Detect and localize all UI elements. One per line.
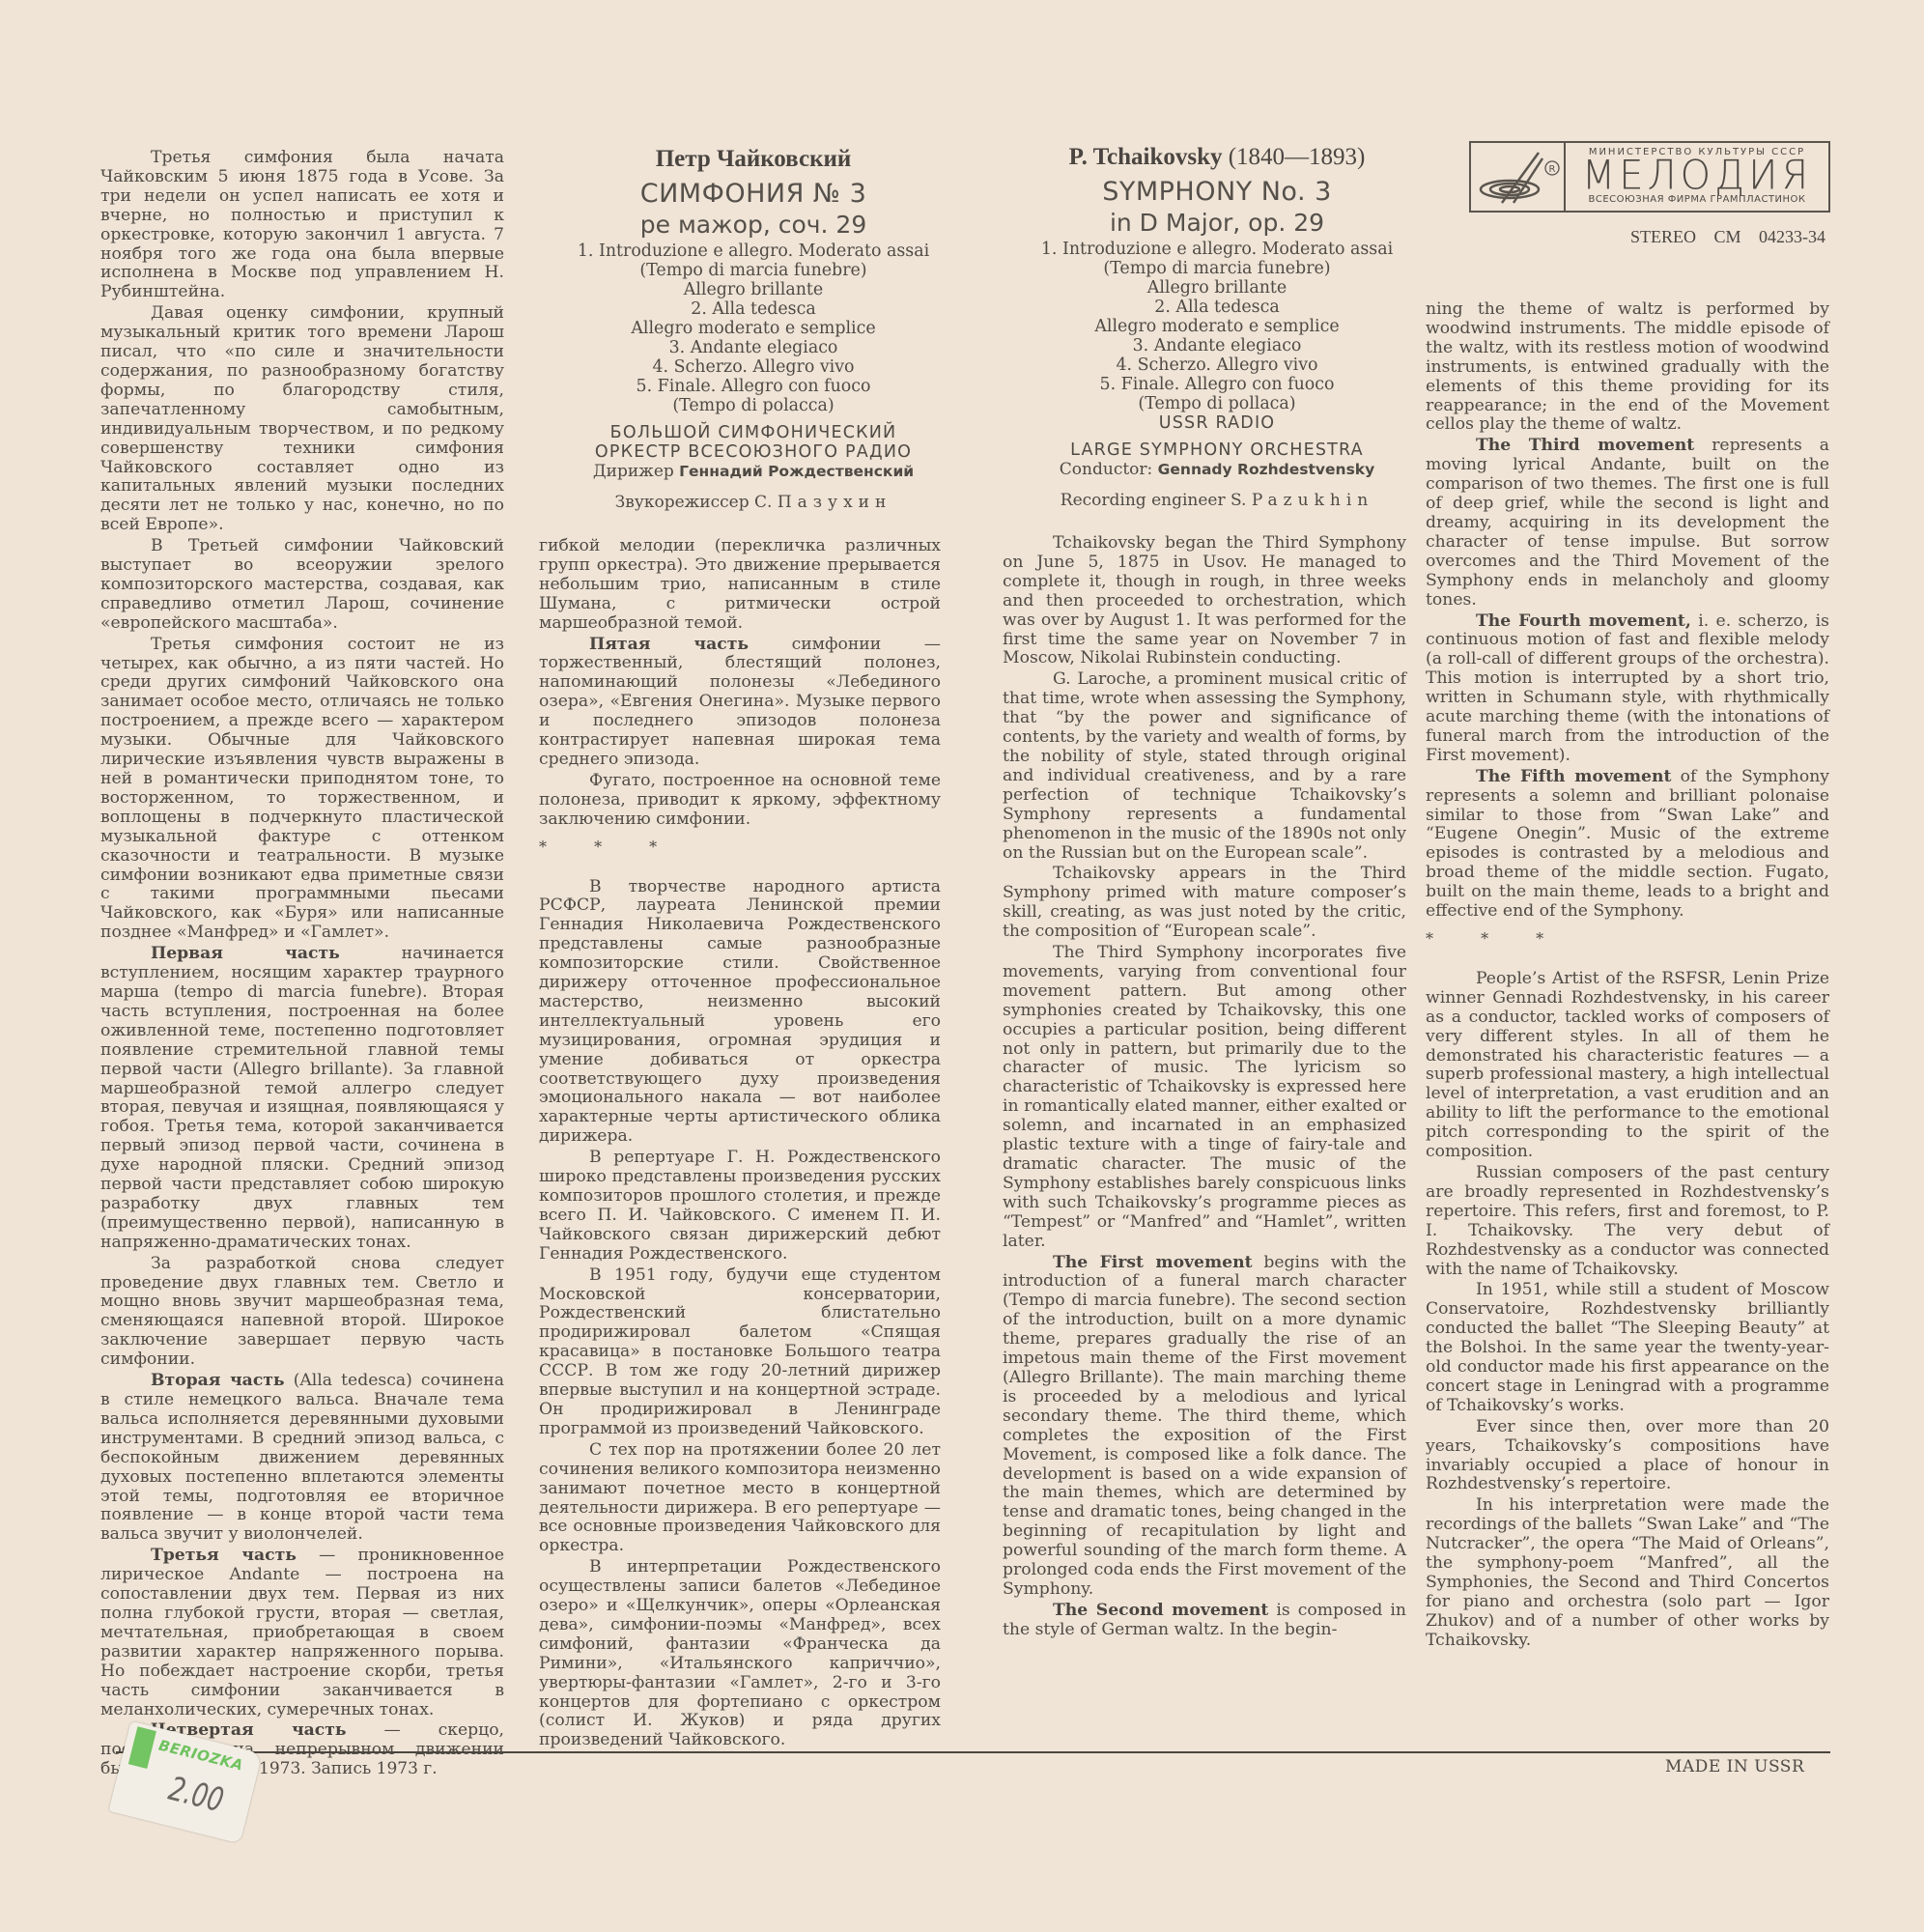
paragraph: За разработкой снова следует проведение … bbox=[100, 1255, 504, 1370]
movement-line: Allegro brillante bbox=[522, 280, 985, 299]
movement-line: (Tempo di pollaca) bbox=[985, 394, 1449, 413]
paragraph: Пятая часть симфонии — торжественный, бл… bbox=[539, 636, 941, 770]
movement-line: (Tempo di polacca) bbox=[522, 396, 985, 415]
paragraph: Russian composers of the past century ar… bbox=[1426, 1164, 1829, 1279]
paragraph-text: симфонии — торжественный, блестящий поло… bbox=[539, 635, 941, 769]
catalog-number: СМ 04233-34 bbox=[1713, 227, 1825, 246]
engineer-name: Pazukhin bbox=[1252, 491, 1373, 510]
symphony-title-ru: СИМФОНИЯ № 3 bbox=[522, 178, 985, 211]
russian-notes-column-2: гибкой мелодии (перекличка различных гру… bbox=[539, 537, 941, 1750]
english-header: P. Tchaikovsky (1840—1893) SYMPHONY No. … bbox=[985, 143, 1449, 510]
engineer-en: Recording engineer S. Pazukhin bbox=[985, 491, 1449, 510]
paragraph: The First movement begins with the intro… bbox=[1003, 1254, 1406, 1600]
svg-text:R: R bbox=[1549, 164, 1556, 175]
paragraph: Фугато, построенное на основной теме пол… bbox=[539, 772, 941, 830]
brand-name: МЕЛОДИЯ bbox=[1566, 156, 1828, 195]
engineer-name: Пазухин bbox=[778, 493, 891, 512]
paragraph-text: begins with the introduction of a funera… bbox=[1003, 1253, 1406, 1599]
paragraph: Третья симфония была начата Чайковским 5… bbox=[100, 149, 504, 302]
paragraph: Вторая часть (Alla tedesca) сочинена в с… bbox=[100, 1372, 504, 1545]
orchestra-line: USSR RADIO bbox=[985, 413, 1449, 433]
movement-line: 4. Scherzo. Allegro vivo bbox=[522, 357, 985, 377]
paragraph: ning the theme of waltz is performed by … bbox=[1426, 300, 1829, 435]
paragraph: In his interpretation were made the reco… bbox=[1426, 1496, 1829, 1650]
price-value: 2.00 bbox=[165, 1770, 228, 1821]
paragraph: Tchaikovsky appears in the Third Symphon… bbox=[1003, 865, 1406, 942]
section-separator: * * * bbox=[1426, 929, 1829, 949]
paragraph: Третья симфония состоит не из четырех, к… bbox=[100, 636, 504, 944]
movement-line: 5. Finale. Allegro con fuoco bbox=[522, 377, 985, 396]
composer-name: P. Tchaikovsky bbox=[1069, 144, 1223, 170]
paragraph: Давая оценку симфонии, крупный музыкальн… bbox=[100, 304, 504, 535]
paragraph: People’s Artist of the RSFSR, Lenin Priz… bbox=[1426, 970, 1829, 1162]
paragraph-text: represents a moving lyrical Andante, bui… bbox=[1426, 436, 1829, 609]
conductor-label: Дирижер bbox=[593, 462, 674, 481]
movement-heading: Пятая часть bbox=[589, 635, 749, 654]
paragraph: В интерпретации Рождественского осуществ… bbox=[539, 1558, 941, 1750]
paragraph: The Third movement represents a moving l… bbox=[1426, 437, 1829, 610]
movement-line: 1. Introduzione e allegro. Moderato assa… bbox=[985, 240, 1449, 259]
format-label: STEREO bbox=[1630, 227, 1696, 246]
paragraph: В репертуаре Г. Н. Рождественского широк… bbox=[539, 1149, 941, 1264]
footer-origin: MADE IN USSR bbox=[1665, 1757, 1804, 1776]
movement-line: 2. Alla tedesca bbox=[522, 299, 985, 319]
movement-heading: Первая часть bbox=[151, 944, 340, 963]
movement-heading: The Second movement bbox=[1053, 1601, 1268, 1620]
conductor-en: Conductor: Gennady Rozhdestvensky bbox=[985, 460, 1449, 479]
paragraph-text: — проникновенное лирическое Andante — по… bbox=[100, 1546, 504, 1719]
engineer-label: Recording engineer S. bbox=[1061, 491, 1247, 510]
orchestra-en: USSR RADIO LARGE SYMPHONY ORCHESTRA bbox=[985, 413, 1449, 460]
movement-heading: Третья часть bbox=[151, 1546, 297, 1565]
orchestra-line: ОРКЕСТР ВСЕСОЮЗНОГО РАДИО bbox=[522, 442, 985, 462]
conductor-name: Геннадий Рождественский bbox=[679, 463, 914, 480]
movement-list-en: 1. Introduzione e allegro. Moderato assa… bbox=[985, 240, 1449, 413]
paragraph: Tchaikovsky began the Third Symphony on … bbox=[1003, 534, 1406, 668]
movement-line: Allegro brillante bbox=[985, 278, 1449, 298]
symphony-title-en: SYMPHONY No. 3 bbox=[985, 176, 1449, 209]
paragraph: Третья часть — проникновенное лирическое… bbox=[100, 1547, 504, 1719]
conductor-ru: Дирижер Геннадий Рождественский bbox=[522, 462, 985, 481]
paragraph-text: начинается вступлением, носящим характер… bbox=[100, 944, 504, 1252]
movement-heading: The First movement bbox=[1053, 1253, 1253, 1272]
movement-line: (Tempo di marcia funebre) bbox=[522, 261, 985, 280]
paragraph: гибкой мелодии (перекличка различных гру… bbox=[539, 537, 941, 634]
paragraph: С тех пор на протяжении более 20 лет соч… bbox=[539, 1441, 941, 1556]
paragraph-text: (Alla tedesca) сочинена в стиле немецког… bbox=[100, 1371, 504, 1544]
movement-line: Allegro moderato e semplice bbox=[985, 317, 1449, 336]
birch-leaf-icon bbox=[128, 1726, 156, 1769]
movement-line: 2. Alla tedesca bbox=[985, 298, 1449, 317]
movement-heading: The Third movement bbox=[1476, 436, 1694, 455]
symphony-key-en: in D Major, op. 29 bbox=[985, 209, 1449, 238]
paragraph: The Second movement is composed in the s… bbox=[1003, 1602, 1406, 1640]
engineer-ru: Звукорежиссер С. Пазухин bbox=[522, 493, 985, 512]
paragraph: The Fourth movement, i. e. scherzo, is c… bbox=[1426, 612, 1829, 766]
footer-year-line: 1973. Запись 1973 г. bbox=[259, 1759, 438, 1778]
composer-name-ru: Петр Чайковский bbox=[522, 145, 985, 174]
english-notes-column-1: Tchaikovsky began the Third Symphony on … bbox=[1003, 534, 1406, 1640]
movement-line: (Tempo di marcia funebre) bbox=[985, 259, 1449, 278]
movement-line: 5. Finale. Allegro con fuoco bbox=[985, 375, 1449, 394]
conductor-label: Conductor: bbox=[1060, 460, 1152, 479]
paragraph: В творчестве народного артиста РСФСР, ла… bbox=[539, 878, 941, 1148]
melodiya-logo: R МИНИСТЕРСТВО КУЛЬТУРЫ СССР МЕЛОДИЯ ВСЕ… bbox=[1469, 141, 1830, 213]
section-separator: * * * bbox=[539, 838, 941, 857]
movement-line: 3. Andante elegiaco bbox=[985, 336, 1449, 355]
paragraph-text: i. e. scherzo, is continuous motion of f… bbox=[1426, 611, 1829, 765]
footer-rule-right bbox=[1091, 1751, 1830, 1753]
movement-line: 4. Scherzo. Allegro vivo bbox=[985, 355, 1449, 375]
russian-notes-column-1: Третья симфония была начата Чайковским 5… bbox=[100, 149, 504, 1779]
orchestra-line: БОЛЬШОЙ СИМФОНИЧЕСКИЙ bbox=[522, 423, 985, 442]
movement-list-ru: 1. Introduzione e allegro. Moderato assa… bbox=[522, 241, 985, 415]
movement-line: 1. Introduzione e allegro. Moderato assa… bbox=[522, 241, 985, 261]
orchestra-line: LARGE SYMPHONY ORCHESTRA bbox=[985, 440, 1449, 460]
paragraph: In 1951, while still a student of Moscow… bbox=[1426, 1281, 1829, 1415]
symphony-key-ru: ре мажор, соч. 29 bbox=[522, 211, 985, 240]
paragraph: G. Laroche, a prominent musical critic o… bbox=[1003, 670, 1406, 863]
composer-name-en: P. Tchaikovsky (1840—1893) bbox=[985, 143, 1449, 172]
conductor-name: Gennady Rozhdestvensky bbox=[1158, 461, 1375, 478]
footer-rule-left bbox=[116, 1751, 1091, 1753]
movement-line: Allegro moderato e semplice bbox=[522, 319, 985, 338]
movement-heading: The Fifth movement bbox=[1476, 767, 1671, 786]
russian-header: Петр Чайковский СИМФОНИЯ № 3 ре мажор, с… bbox=[522, 145, 985, 512]
movement-heading: The Fourth movement, bbox=[1476, 611, 1691, 631]
paragraph-text: of the Symphony represents a solemn and … bbox=[1426, 767, 1829, 921]
paragraph: The Third Symphony incorporates five mov… bbox=[1003, 944, 1406, 1252]
movement-line: 3. Andante elegiaco bbox=[522, 338, 985, 357]
paragraph: В 1951 году, будучи еще студентом Москов… bbox=[539, 1266, 941, 1439]
paragraph: The Fifth movement of the Symphony repre… bbox=[1426, 768, 1829, 922]
movement-heading: Вторая часть bbox=[151, 1371, 285, 1390]
catalog-info: STEREO СМ 04233-34 bbox=[1584, 227, 1825, 247]
composer-years: (1840—1893) bbox=[1229, 144, 1366, 170]
english-notes-column-2: ning the theme of waltz is performed by … bbox=[1426, 300, 1829, 1651]
melodiya-emblem-icon: R bbox=[1471, 143, 1566, 211]
paragraph: В Третьей симфонии Чайковский выступает … bbox=[100, 537, 504, 634]
engineer-label: Звукорежиссер С. bbox=[615, 493, 773, 512]
paragraph: Ever since then, over more than 20 years… bbox=[1426, 1418, 1829, 1495]
orchestra-ru: БОЛЬШОЙ СИМФОНИЧЕСКИЙ ОРКЕСТР ВСЕСОЮЗНОГ… bbox=[522, 423, 985, 462]
paragraph: Первая часть начинается вступлением, нос… bbox=[100, 945, 504, 1253]
